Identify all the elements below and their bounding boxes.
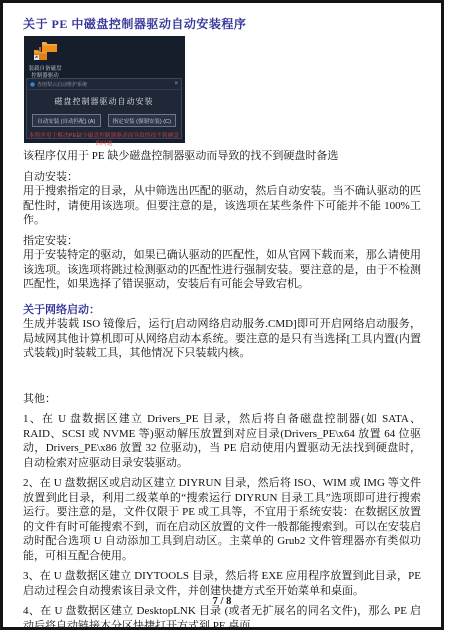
intro-paragraph: 该程序仅用于 PE 缺少磁盘控制器驱动而导致的找不到硬盘时备选 (23, 149, 421, 164)
pe-desktop-screenshot: 装载自备磁盘 控制器驱动 杏雨梨云启动维护系统 × 磁盘控制器驱动自动安装 自动… (24, 36, 185, 143)
other-item-4: 4、在 U 盘数据区建立 DesktopLNK 目录 (或者无扩展名的同名文件)… (23, 604, 421, 630)
app-icon (30, 82, 35, 87)
auto-install-button: 自动安装 (自动匹配) (A) (32, 114, 101, 127)
document-page: 关于 PE 中磁盘控制器驱动自动安装程序 装载自备磁盘 控制器驱动 (0, 0, 444, 630)
document-body: 该程序仅用于 PE 缺少磁盘控制器驱动而导致的找不到硬盘时备选 自动安装： 用于… (23, 149, 421, 630)
dialog-title-text: 杏雨梨云启动维护系统 (37, 81, 87, 88)
dialog-heading: 磁盘控制器驱动自动安装 (27, 96, 181, 107)
other-item-2: 2、在 U 盘数据区或启动区建立 DIYRUN 目录，然后将 ISO、WIM 或… (23, 476, 421, 563)
network-boot-heading: 关于网络启动： (23, 303, 421, 318)
dialog-titlebar: 杏雨梨云启动维护系统 × (27, 79, 181, 90)
close-icon: × (174, 81, 178, 87)
force-install-button: 指定安装 (强制安装) (C) (108, 114, 177, 127)
desktop-shortcut: 装载自备磁盘 控制器驱动 (27, 40, 63, 79)
force-install-heading: 指定安装： (23, 234, 421, 249)
other-item-3: 3、在 U 盘数据区建立 DIYTOOLS 目录，然后将 EXE 应用程序放置到… (23, 569, 421, 598)
dialog-warning-text: 本程序用于解决PE缺少磁盘控制器驱动而导致的找不到硬盘的问题 (27, 131, 181, 147)
other-item-1: 1、在 U 盘数据区建立 Drivers_PE 目录，然后将自备磁盘控制器(如 … (23, 412, 421, 470)
page-title: 关于 PE 中磁盘控制器驱动自动安装程序 (23, 15, 421, 32)
force-install-body: 用于安装特定的驱动，如果已确认驱动的匹配性，如从官网下载而来，那么请使用该选项。… (23, 248, 421, 292)
auto-install-heading: 自动安装： (23, 170, 421, 185)
network-boot-body: 生成并装载 ISO 镜像后，运行[启动网络启动服务.CMD]即可开启网络启动服务… (23, 317, 421, 361)
driver-install-dialog: 杏雨梨云启动维护系统 × 磁盘控制器驱动自动安装 自动安装 (自动匹配) (A)… (26, 78, 182, 139)
other-heading: 其他： (23, 392, 421, 407)
auto-install-body: 用于搜索指定的目录，从中筛选出匹配的驱动，然后自动安装。当不确认驱动的匹配性时，… (23, 184, 421, 228)
shortcut-label-line1: 装载自备磁盘 (27, 66, 63, 73)
disk-driver-shortcut-icon (32, 40, 58, 61)
page-number: 7 / 8 (3, 596, 441, 607)
